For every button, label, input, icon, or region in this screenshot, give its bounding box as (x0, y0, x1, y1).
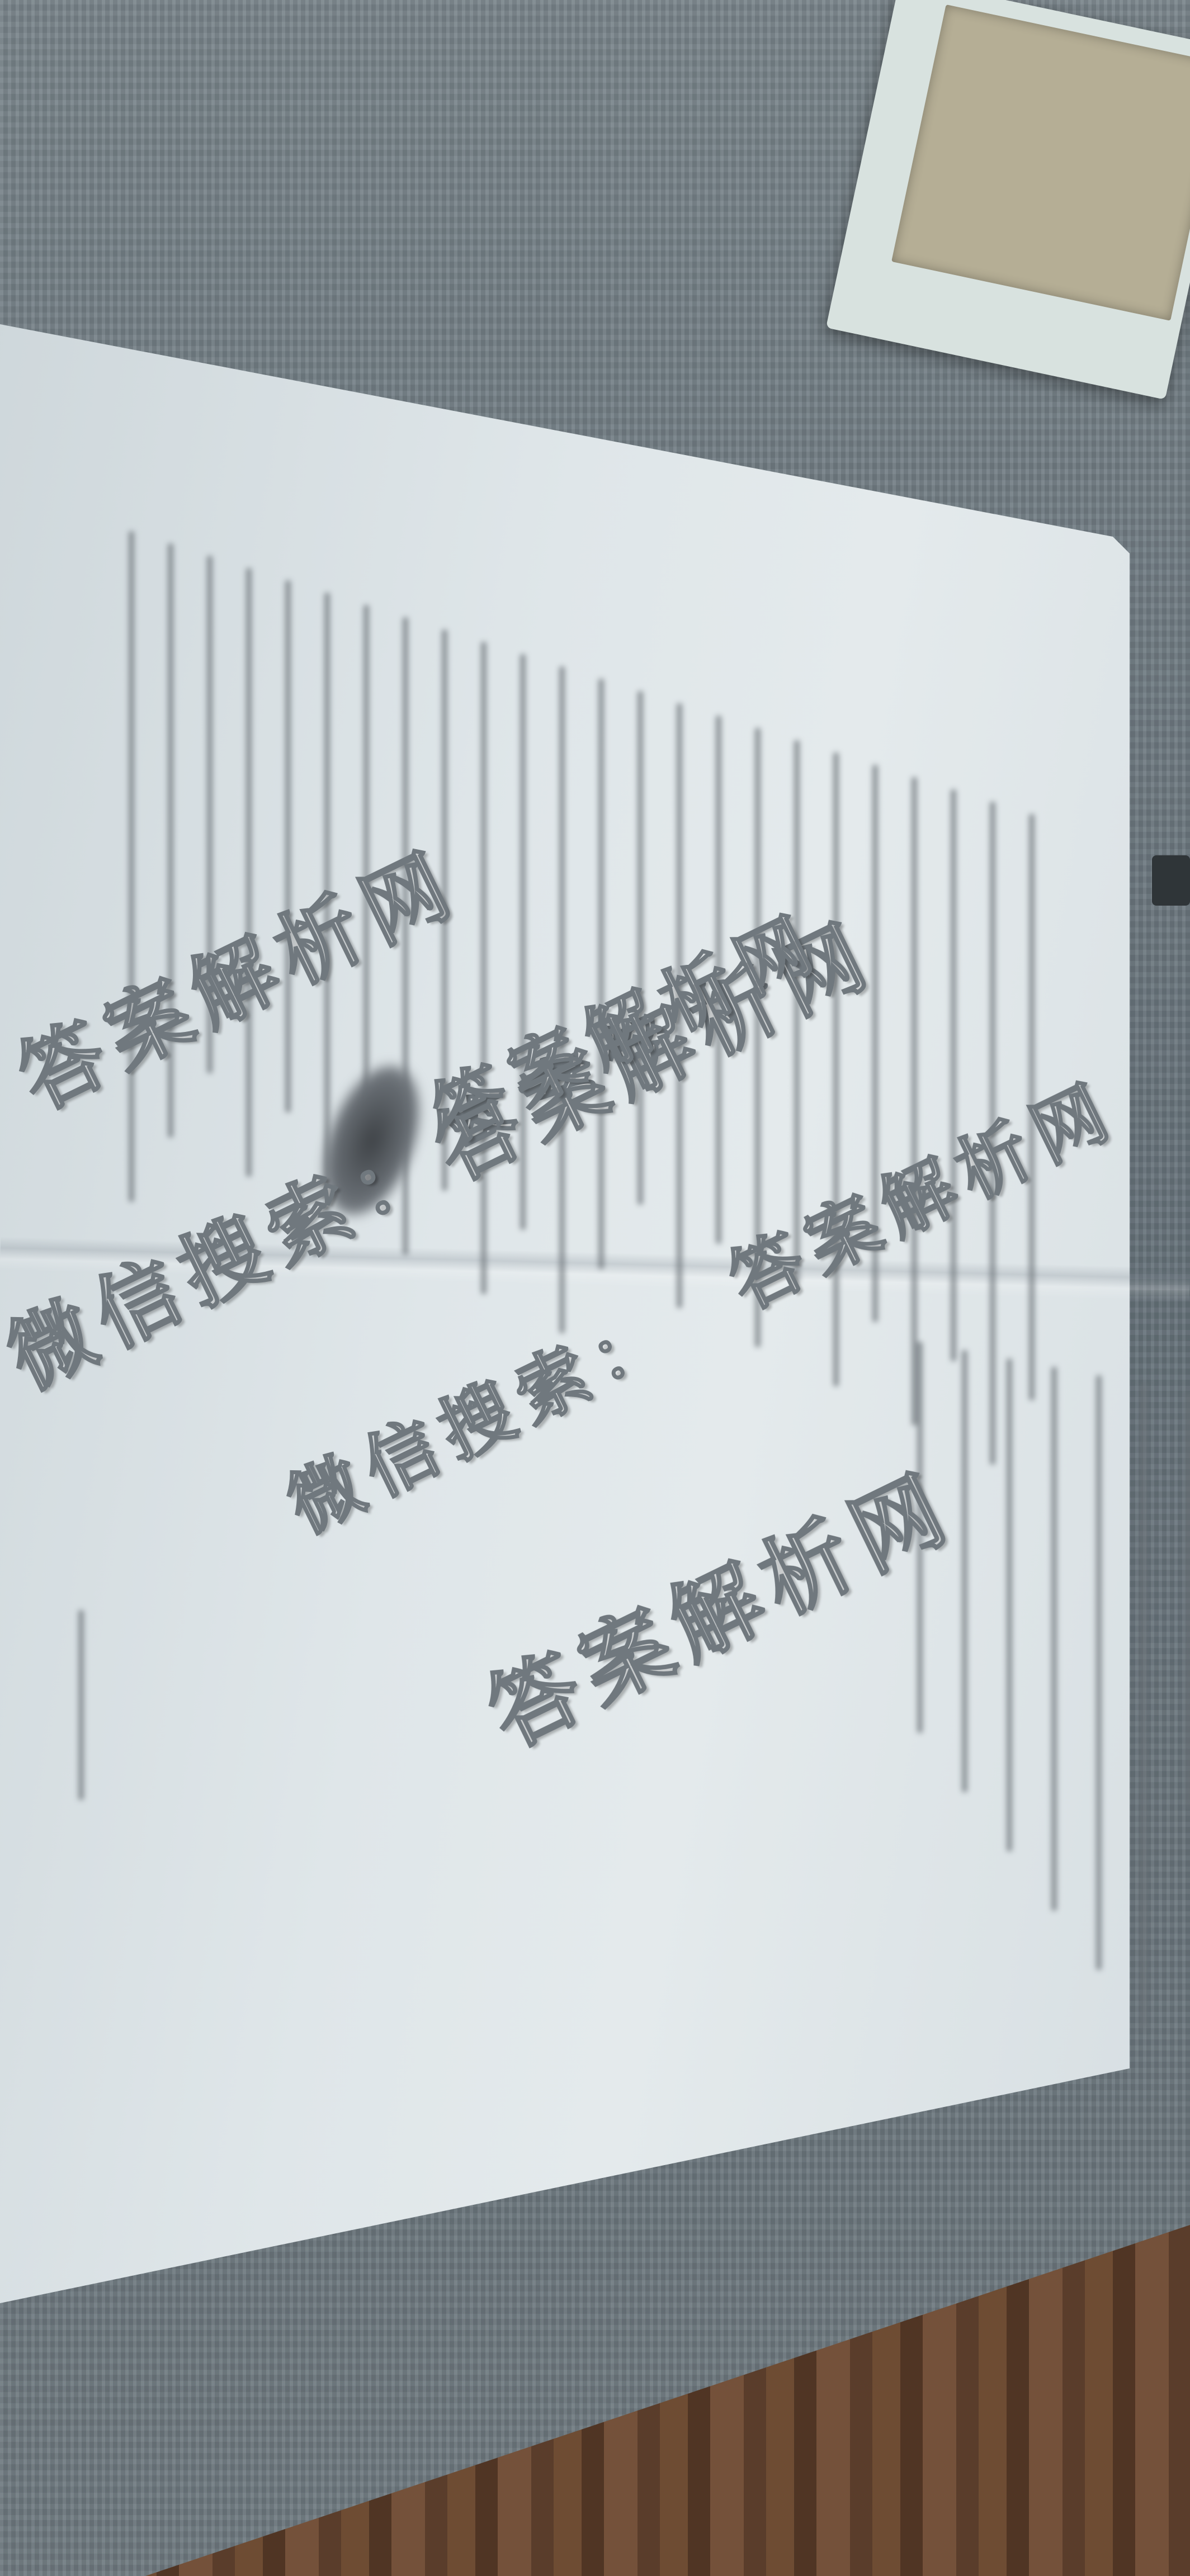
text-line (598, 679, 604, 1269)
text-line (246, 568, 252, 1177)
text-line (962, 1350, 967, 1792)
text-line (1186, 1392, 1190, 1809)
text-line (1007, 1358, 1012, 1851)
text-line (1096, 1375, 1102, 1970)
text-line (951, 789, 956, 1361)
frame-picture (891, 4, 1190, 321)
text-line (833, 752, 839, 1386)
text-line (285, 580, 291, 1112)
text-line (481, 642, 487, 1294)
text-line (1141, 1384, 1146, 2029)
text-line (912, 777, 917, 1426)
text-line (78, 1610, 84, 1800)
binder-clip (1152, 855, 1190, 906)
text-line (1051, 1367, 1057, 1911)
text-line (129, 531, 134, 1202)
text-line (637, 691, 643, 1205)
